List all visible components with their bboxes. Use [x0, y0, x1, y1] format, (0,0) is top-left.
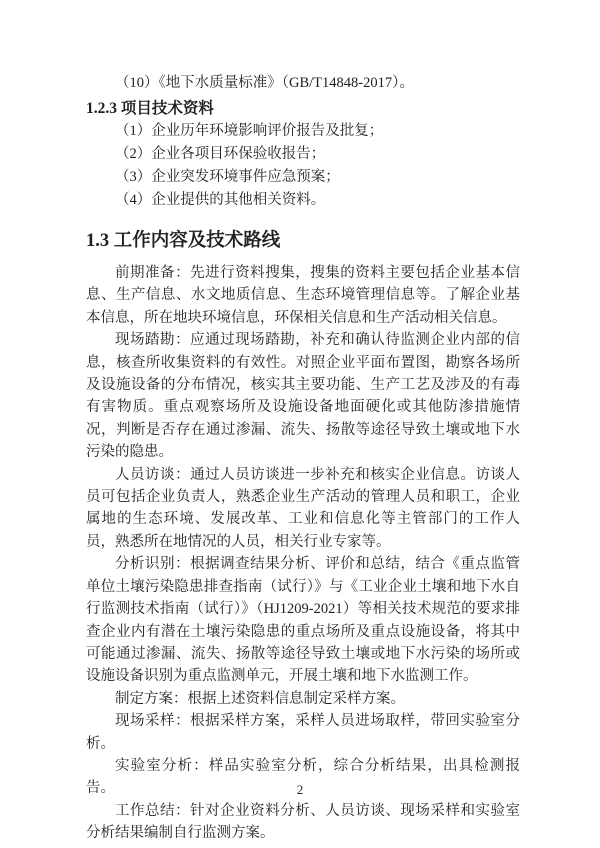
- list-item: （1）企业历年环境影响评价报告及批复；: [86, 120, 520, 143]
- paragraph-work-summary: 工作总结：针对企业资料分析、人员访谈、现场采样和实验室分析结果编制自行监测方案。: [86, 800, 520, 845]
- document-page: （10）《地下水质量标准》（GB/T14848-2017）。 1.2.3 项目技…: [0, 0, 600, 848]
- list-item: （3）企业突发环境事件应急预案；: [86, 166, 520, 189]
- paragraph-plan-making: 制定方案：根据上述资料信息制定采样方案。: [86, 688, 520, 710]
- section-1-3-body: 前期准备：先进行资料搜集，搜集的资料主要包括企业基本信息、生产信息、水文地质信息…: [86, 262, 520, 845]
- paragraph-field-sampling: 现场采样：根据采样方案，采样人员进场取样，带回实验室分析。: [86, 710, 520, 755]
- page-number: 2: [0, 782, 600, 798]
- section-heading-1-3: 1.3 工作内容及技术路线: [86, 226, 520, 256]
- reference-item-10: （10）《地下水质量标准》（GB/T14848-2017）。: [86, 72, 520, 95]
- technical-data-list: （1）企业历年环境影响评价报告及批复； （2）企业各项目环保验收报告； （3）企…: [86, 120, 520, 212]
- list-item: （2）企业各项目环保验收报告；: [86, 143, 520, 166]
- section-heading-1-2-3: 1.2.3 项目技术资料: [86, 97, 520, 120]
- paragraph-site-survey: 现场踏勘：应通过现场踏勘，补充和确认待监测企业内部的信息，核查所收集资料的有效性…: [86, 329, 520, 463]
- paragraph-interviews: 人员访谈：通过人员访谈进一步补充和核实企业信息。访谈人员可包括企业负责人，熟悉企…: [86, 464, 520, 554]
- paragraph-analysis-identification: 分析识别：根据调查结果分析、评价和总结，结合《重点监管单位土壤污染隐患排查指南（…: [86, 553, 520, 687]
- list-item: （4）企业提供的其他相关资料。: [86, 189, 520, 212]
- paragraph-preparation: 前期准备：先进行资料搜集，搜集的资料主要包括企业基本信息、生产信息、水文地质信息…: [86, 262, 520, 329]
